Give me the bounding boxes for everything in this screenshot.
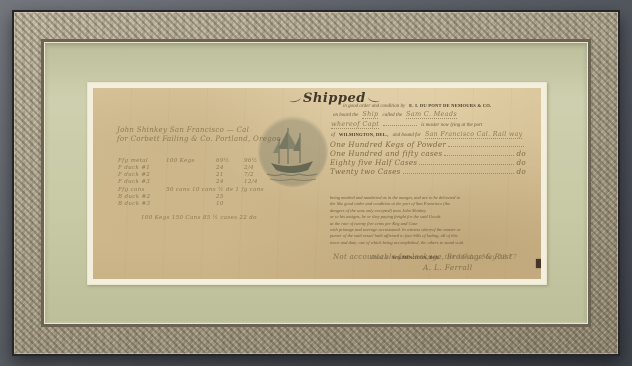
flourish-left-ornament — [288, 94, 301, 104]
consignee-line-1: John Shinkey San Francisco — Cal — [117, 126, 249, 134]
margin-total-line: 100 Kegs 150 Cans 85 ½ cases 22 do — [141, 215, 257, 221]
revenue-stamp-icon — [536, 259, 541, 268]
mat-board: Shipped in good order and condition by E… — [45, 43, 587, 323]
margin-row: F duck #32412/4 — [118, 179, 273, 186]
bill-of-lading-document: Shipped in good order and condition by E… — [93, 88, 541, 279]
frame-inner-lip: Shipped in good order and condition by E… — [41, 39, 591, 327]
clause-paragraph: being marked and numbered as in the marg… — [330, 195, 530, 246]
of-text: of — [331, 133, 335, 138]
cargo-line: Eighty five Half Casesdo — [330, 158, 526, 167]
cargo-line: One Hundred Kegs of Powder — [330, 140, 526, 149]
header-line-4: of WILMINGTON, DEL., and bound for San F… — [331, 123, 522, 141]
destination-entry: San Francisco Cal. Rail way — [425, 131, 522, 139]
rule-line — [419, 158, 514, 165]
rule-line — [444, 149, 514, 156]
signature: A. L. Ferrall — [423, 263, 473, 272]
picture-frame: Shipped in good order and condition by E… — [12, 10, 620, 356]
rule-line — [448, 140, 524, 147]
rule-line — [403, 167, 515, 174]
photo-background: Shipped in good order and condition by E… — [0, 0, 632, 366]
mat-bevel-opening: Shipped in good order and condition by E… — [87, 82, 547, 285]
cargo-line: One Hundred and fifty casesdo — [330, 149, 526, 158]
port-name: WILMINGTON, DEL., — [339, 132, 389, 137]
sailing-ship-vignette-icon — [258, 115, 328, 187]
margin-row: F duck #2217/2 — [118, 172, 273, 179]
margin-row: B duck #225 — [118, 194, 273, 201]
consignee-line-2: for Corbett Failing & Co. Portland, Oreg… — [117, 135, 281, 143]
margin-row: F duck #1242/4 — [118, 165, 273, 172]
margin-row: Ffg cans50 cans 10 cans ½ de 1 fg cans — [118, 187, 273, 194]
margin-row: Ffg metal100 Kegs69½96½ — [118, 158, 273, 165]
liability-note: Not accountable for leakage, Breakage & … — [333, 253, 512, 261]
margin-row: B duck #310 — [118, 201, 273, 208]
cargo-line: Twenty two Casesdo — [330, 167, 526, 176]
bound-for-text: and bound for — [393, 133, 421, 138]
